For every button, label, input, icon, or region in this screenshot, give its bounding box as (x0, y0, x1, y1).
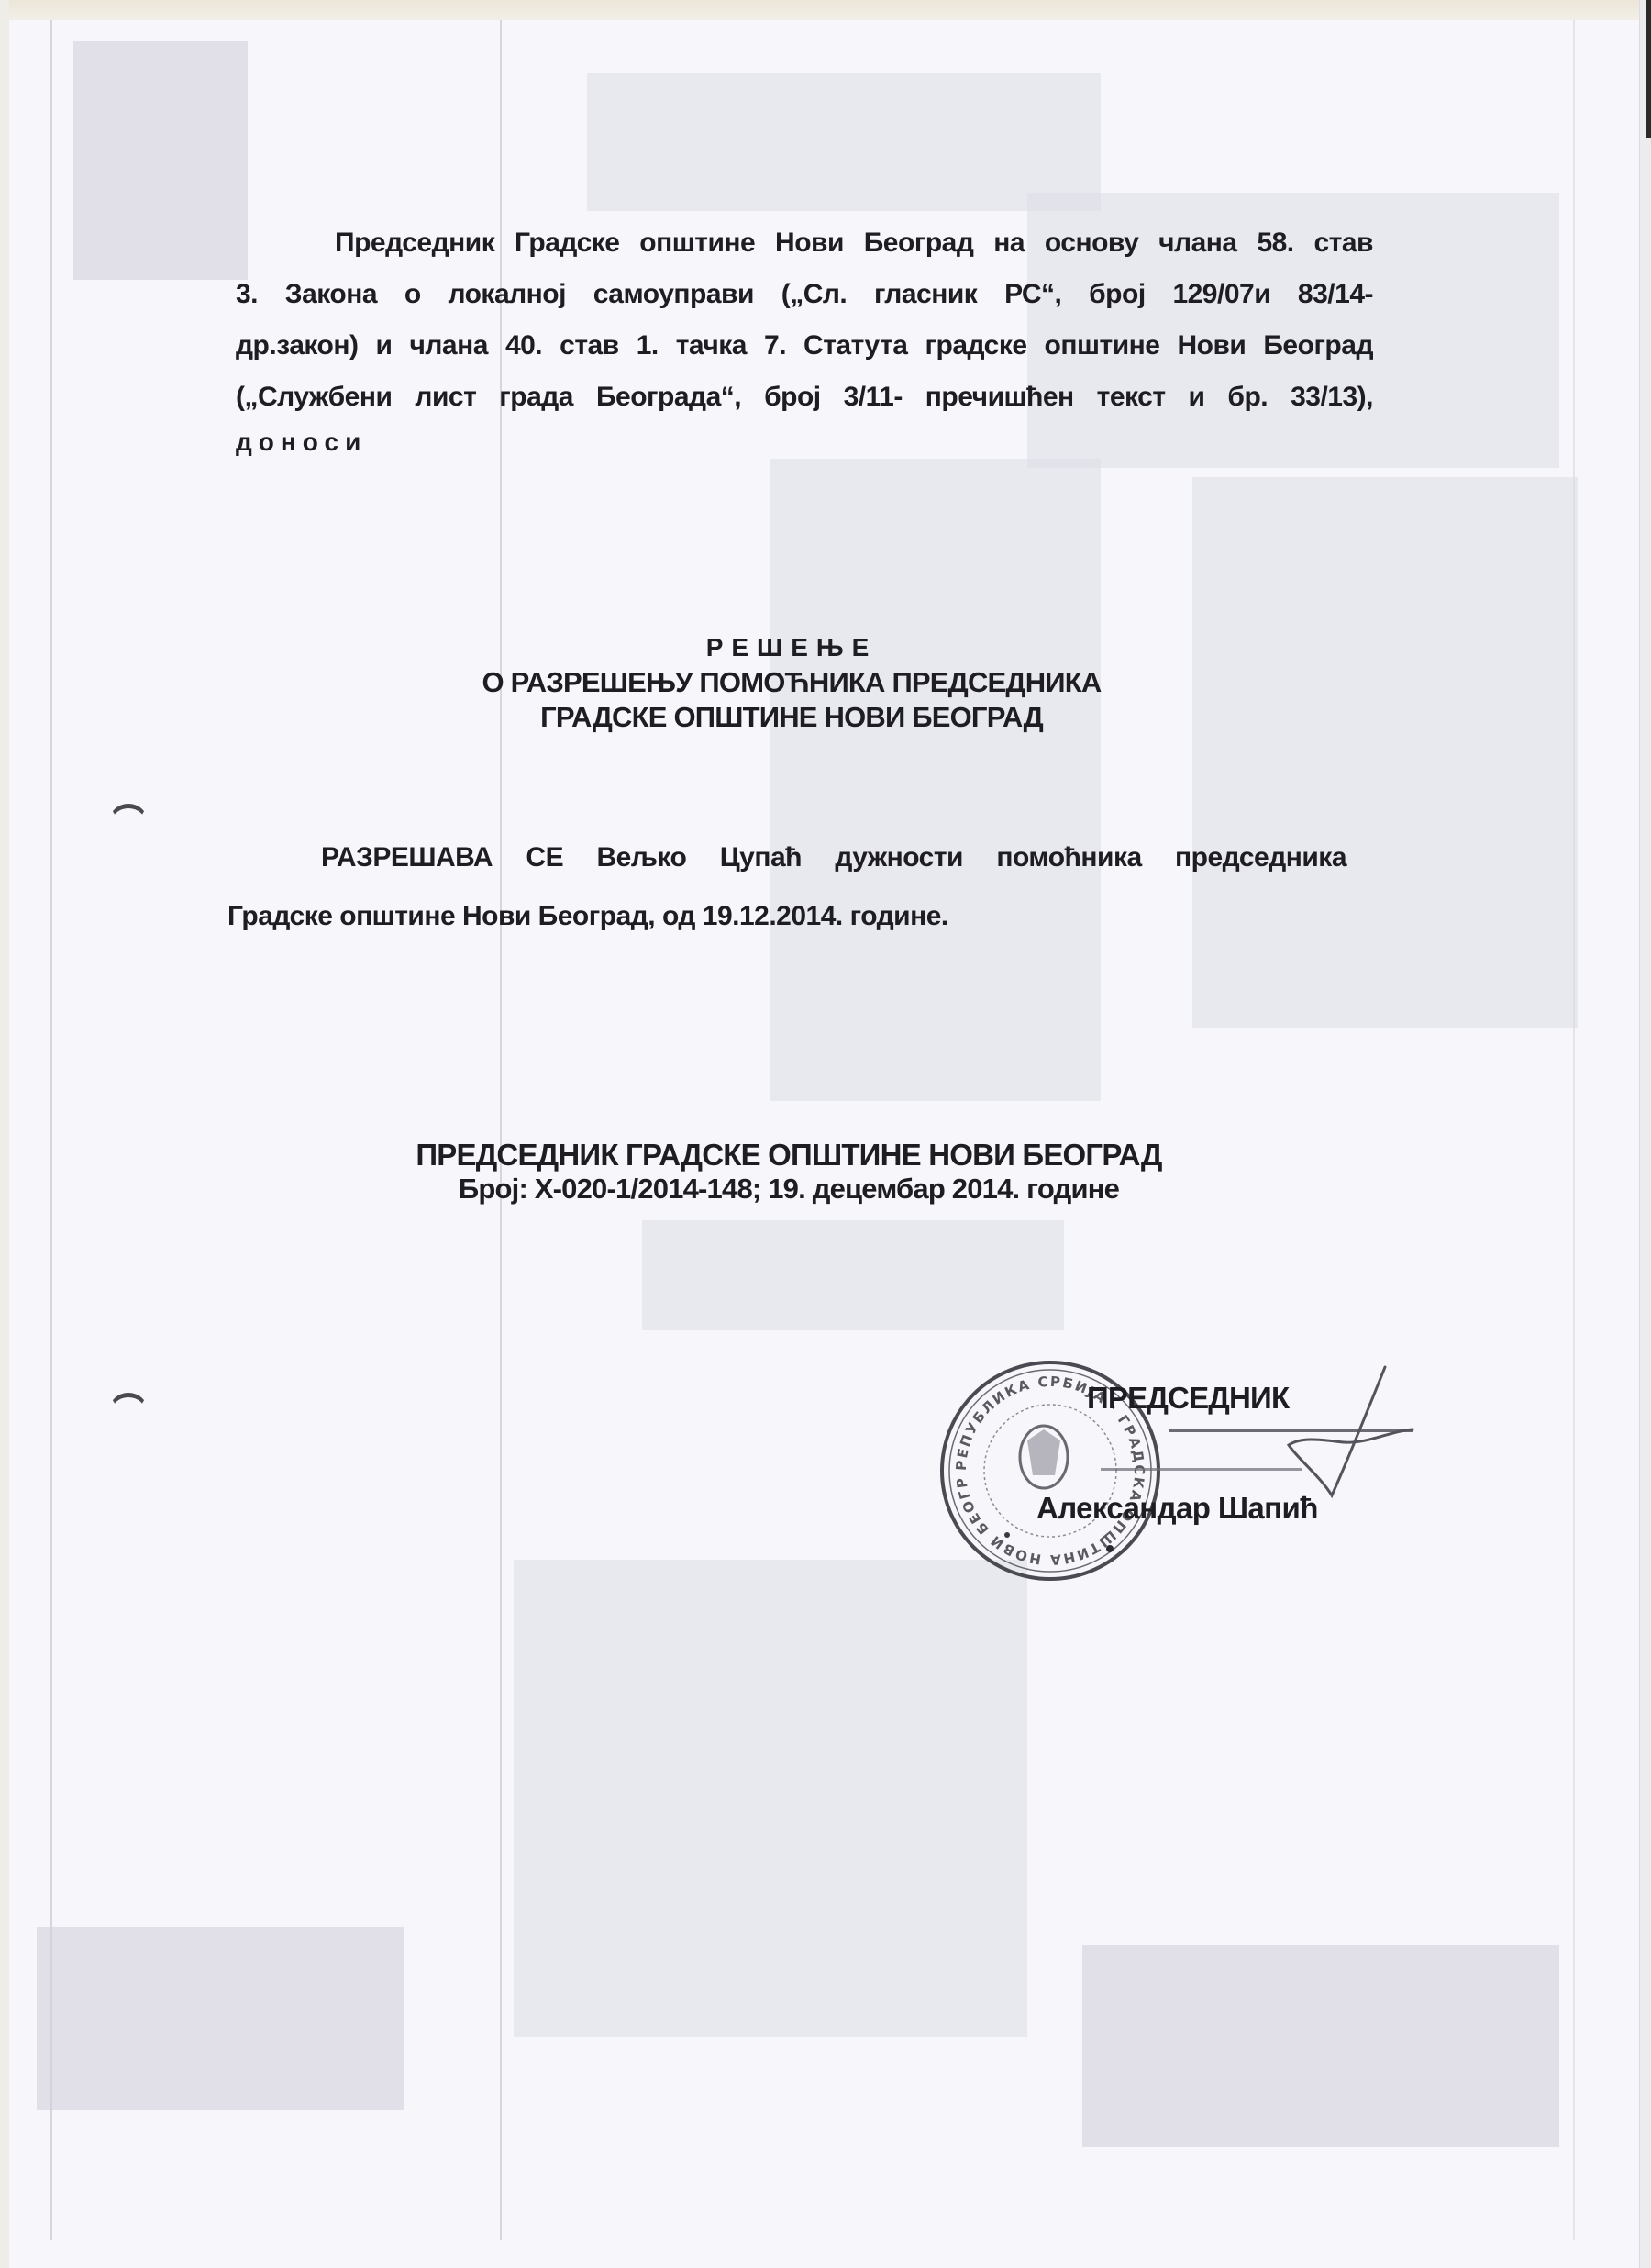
scan-corner-shadow (1646, 0, 1651, 138)
preamble-line: др.закон) и члана 40. став 1. тачка 7. С… (236, 330, 1373, 361)
scan-top-edge (0, 0, 1651, 20)
decision-line: РАЗРЕШАВА СЕ Вељко Цупаћ дужности помоћн… (321, 842, 1346, 873)
scan-artifact-line (1573, 20, 1575, 2240)
preamble-line: Председник Градске општине Нови Београд … (335, 228, 1373, 259)
signature-line (1101, 1468, 1302, 1471)
bleed-through (642, 1220, 1064, 1330)
decision-line: Градске општине Нови Београд, од 19.12.2… (227, 901, 948, 932)
bleed-through (587, 73, 1101, 211)
bleed-through (73, 41, 248, 280)
scan-artifact-line (50, 20, 52, 2240)
scan-right-edge (1639, 0, 1651, 2268)
document-number-date: Број: X-020-1/2014-148; 19. децембар 201… (367, 1173, 1211, 1206)
document-subtitle: ГРАДСКЕ ОПШТИНЕ НОВИ БЕОГРАД (438, 701, 1145, 734)
scan-left-edge (0, 0, 9, 2268)
bleed-through (514, 1560, 1027, 2037)
bleed-through (1192, 477, 1578, 1028)
signatory-name: Александар Шапић (1036, 1491, 1318, 1526)
preamble-line: 3. Закона о локалној самоуправи („Сл. гл… (236, 279, 1373, 310)
punch-hole (108, 1393, 149, 1433)
preamble-enacts: доноси (236, 428, 367, 457)
punch-hole (108, 804, 149, 844)
bleed-through (770, 459, 1101, 1101)
bleed-through (1082, 1945, 1559, 2147)
document-title: РЕШЕЊЕ (438, 633, 1145, 662)
preamble-line: („Службени лист града Београда“, број 3/… (236, 382, 1373, 413)
bleed-through (37, 1927, 404, 2110)
issuer-title: ПРЕДСЕДНИК ГРАДСКЕ ОПШТИНЕ НОВИ БЕОГРАД (367, 1138, 1211, 1173)
signatory-title: ПРЕДСЕДНИК (1087, 1381, 1289, 1416)
document-subtitle: О РАЗРЕШЕЊУ ПОМОЋНИКА ПРЕДСЕДНИКА (438, 666, 1145, 699)
